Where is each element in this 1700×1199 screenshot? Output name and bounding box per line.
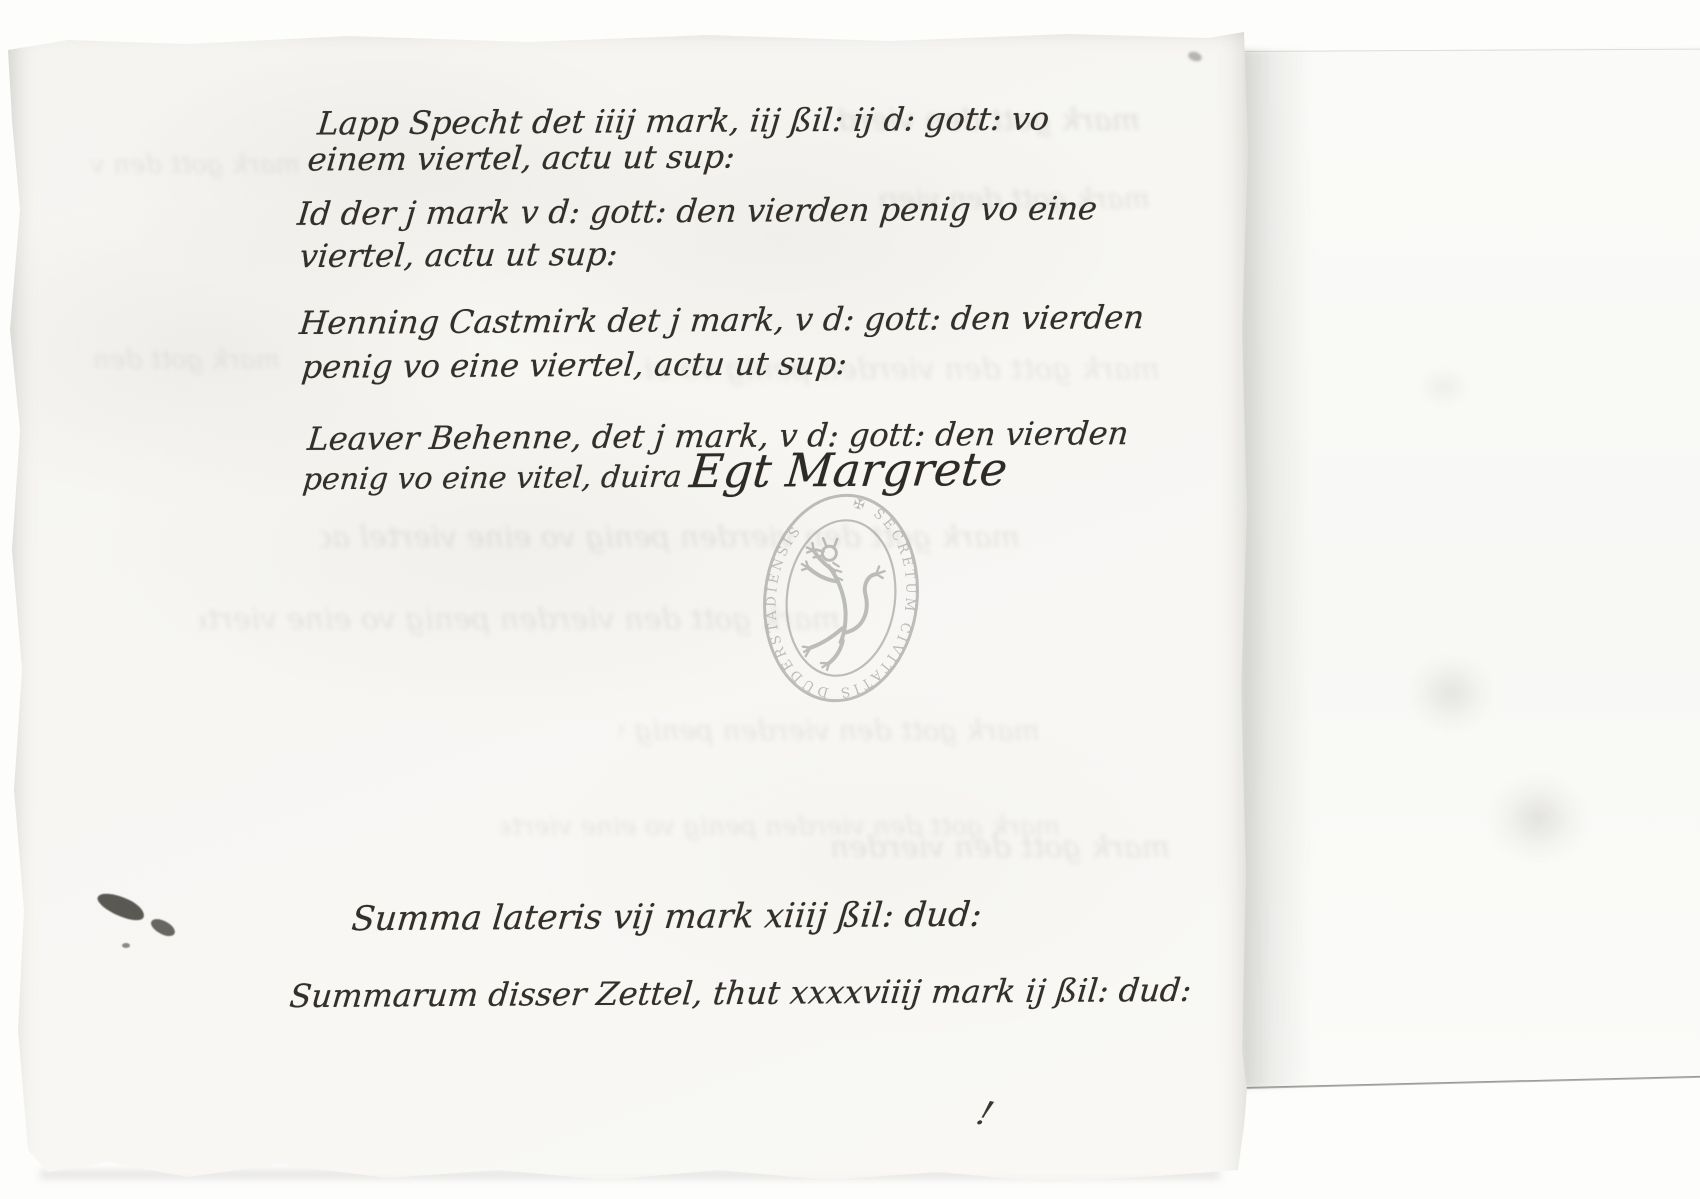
summary-line: Summarum disser Zettel, thut xxxxviiij m… [288, 971, 1193, 1015]
foxing-stain [1486, 772, 1590, 864]
manuscript-line: einem viertel, actu ut sup: [306, 138, 737, 179]
manuscript-line: viertel, actu ut sup: [298, 235, 619, 275]
bleed-through-text: mark gott den vierden penig vo eine vier… [500, 812, 1060, 852]
lion-rampant-emblem [789, 535, 887, 675]
sheet-overlap-shadow [1240, 50, 1312, 1088]
bleed-through-text: mark gott den vierden penig vo eine vier… [90, 345, 280, 385]
foxing-stain [1418, 366, 1470, 408]
summary-line: Summa lateris vij mark xiiij ßil: dud: [350, 895, 984, 939]
scanned-manuscript-page: { "page": { "background_color": "#fdfdfc… [0, 0, 1700, 1199]
manuscript-line: Henning Castmirk det j mark, v d: gott: … [298, 298, 1146, 342]
manuscript-line: penig vo eine vitel, duira [301, 460, 683, 498]
manuscript-line: Lapp Specht det iiij mark, iij ßil: ij d… [316, 99, 1051, 142]
ink-blot [122, 943, 130, 948]
manuscript-line: penig vo eine viertel, actu ut sup: [300, 344, 849, 386]
bleed-through-text: mark gott den vierden penig vo eine vier… [90, 150, 300, 190]
foxing-stain [1405, 652, 1497, 734]
manuscript-line-flourish: Egt Margrete [687, 442, 1010, 498]
manuscript-line: Id der j mark v d: gott: den vierden pen… [296, 189, 1099, 233]
